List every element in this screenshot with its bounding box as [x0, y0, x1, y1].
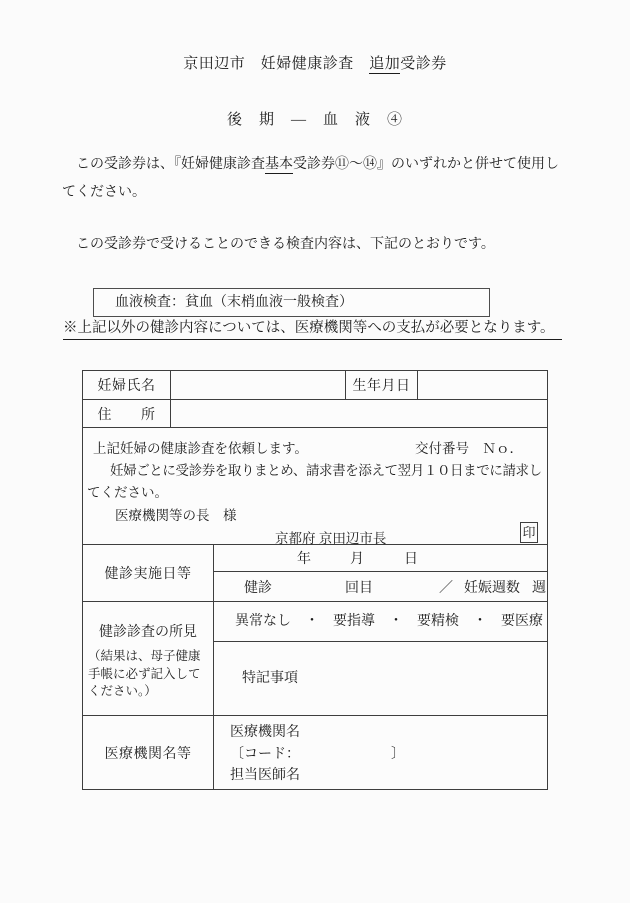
request-line3: てください。	[87, 484, 168, 502]
usage-line1-pre: この受診券は、『妊婦健康診査	[62, 157, 265, 172]
usage-line1-underlined: 基本	[265, 157, 293, 174]
document-title-prefix: 京田辺市 妊婦健康診査	[183, 56, 369, 72]
request-line1: 上記妊婦の健康診査を依頼します。	[93, 440, 308, 458]
exam-date-section: 健診実施日等 年 月 日 健診 回目 ／ 妊娠週数 週	[83, 544, 547, 601]
findings-label: 健診診査の所見	[83, 621, 213, 641]
ticket-period-subtitle: 後 期 ― 血 液 ④	[0, 108, 630, 129]
issue-number-label: 交付番号 Ｎｏ．	[415, 440, 523, 458]
row-name-birth: 妊婦氏名 生年月日	[83, 371, 547, 399]
exam-visit-row: 健診 回目 ／ 妊娠週数 週	[214, 572, 547, 601]
usage-line1-post: 受診券⑪～⑭』のいずれかと併せて使用し	[293, 157, 559, 172]
request-line2: 妊婦ごとに受診券を取りまとめ、請求書を添えて翌月１０日までに請求し	[110, 462, 542, 480]
separator-slash: ／	[439, 577, 453, 597]
row-address: 住 所	[83, 399, 547, 427]
institution-section: 医療機関名等 医療機関名 〔コード： 〕 担当医師名	[83, 715, 547, 789]
exam-date-ymd-row: 年 月 日	[214, 545, 547, 572]
findings-label-note: （結果は、母子健康手帳に必ず記入してください。）	[83, 641, 213, 701]
payment-note: ※上記以外の健診内容については、医療機関等への支払が必要となります。	[63, 319, 562, 340]
usage-line1: この受診券は、『妊婦健康診査基本受診券⑪～⑭』のいずれかと併せて使用し	[62, 151, 570, 179]
month-label: 月	[350, 548, 364, 568]
request-section: 上記妊婦の健康診査を依頼します。 交付番号 Ｎｏ． 妊婦ごとに受診券を取りまとめ…	[83, 427, 547, 544]
name-label: 妊婦氏名	[83, 371, 171, 399]
document-title-suffix: 受診券	[400, 56, 447, 72]
weeks-suffix: 週	[532, 577, 546, 597]
usage-line2: てください。	[62, 179, 570, 207]
address-label: 住 所	[83, 400, 171, 427]
usage-instruction: この受診券は、『妊婦健康診査基本受診券⑪～⑭』のいずれかと併せて使用し てくださ…	[62, 151, 570, 207]
payment-note-text: ※上記以外の健診内容については、医療機関等への支払が必要となります。	[63, 319, 562, 340]
year-label: 年	[297, 548, 311, 568]
voucher-document-page: 京田辺市 妊婦健康診査 追加受診券 後 期 ― 血 液 ④ この受診券は、『妊婦…	[0, 0, 630, 903]
institution-code-label: 〔コード： 〕	[230, 744, 547, 766]
seal-mark: 印	[520, 522, 538, 543]
name-field	[171, 371, 346, 399]
request-addressee: 医療機関等の長 様	[115, 507, 237, 525]
special-notes-cell: 特記事項	[214, 642, 547, 715]
exam-content-intro: この受診券で受けることのできる検査内容は、下記のとおりです。	[62, 231, 570, 259]
day-label: 日	[404, 548, 418, 568]
institution-fields: 医療機関名 〔コード： 〕 担当医師名	[214, 716, 547, 789]
special-notes-label: 特記事項	[242, 667, 298, 687]
address-field	[171, 400, 547, 427]
doctor-name-label: 担当医師名	[230, 765, 547, 787]
findings-label-cell: 健診診査の所見 （結果は、母子健康手帳に必ず記入してください。）	[83, 602, 214, 715]
findings-options: 異常なし ・ 要指導 ・ 要精検 ・ 要医療	[214, 602, 547, 642]
findings-section: 健診診査の所見 （結果は、母子健康手帳に必ず記入してください。） 異常なし ・ …	[83, 601, 547, 715]
visit-count-prefix: 健診	[244, 577, 272, 597]
birthdate-label: 生年月日	[346, 371, 418, 399]
institution-name-label: 医療機関名	[230, 722, 547, 744]
pregnancy-weeks-label: 妊娠週数	[464, 577, 520, 597]
document-title: 京田辺市 妊婦健康診査 追加受診券	[0, 52, 630, 73]
institution-label: 医療機関名等	[83, 716, 214, 789]
visit-count-suffix: 回目	[345, 577, 373, 597]
exam-content-box: 血液検査：貧血（末梢血液一般検査）	[93, 288, 490, 317]
exam-date-label: 健診実施日等	[83, 545, 214, 601]
findings-fields: 異常なし ・ 要指導 ・ 要精検 ・ 要医療 特記事項	[214, 602, 547, 715]
form-table: 妊婦氏名 生年月日 住 所 上記妊婦の健康診査を依頼します。 交付番号 Ｎｏ． …	[82, 370, 548, 790]
document-title-underlined: 追加	[369, 56, 400, 74]
birthdate-field	[418, 371, 547, 399]
exam-content-text: 血液検査：貧血（末梢血液一般検査）	[115, 295, 353, 310]
exam-date-fields: 年 月 日 健診 回目 ／ 妊娠週数 週	[214, 545, 547, 601]
